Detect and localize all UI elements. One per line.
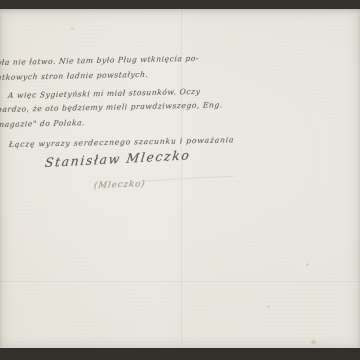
handwriting-line: magazie" do Polaka. [0, 118, 85, 129]
backdrop-bottom [0, 348, 360, 360]
handwriting-line: yła nie łatwo. Nie tam było Pług wtknięc… [0, 54, 199, 67]
handwriting-line: A więc Sygietyński mi miał stosunków. Oc… [8, 87, 201, 100]
photo-stage: yła nie łatwo. Nie tam było Pług wtknięc… [0, 0, 360, 360]
paper-speck [306, 263, 309, 266]
paper-stain [266, 305, 271, 309]
paper-stain [310, 339, 317, 345]
letter-paper: yła nie łatwo. Nie tam było Pług wtknięc… [0, 9, 360, 348]
backdrop-top [0, 0, 360, 9]
handwriting-line: bardzo, że oto będziemy mieli prawdziwsz… [0, 100, 223, 114]
paper-speck [70, 27, 75, 30]
diagonal-crease [140, 176, 235, 182]
closing-line: Łączę wyrazy serdecznego szacunku i powa… [9, 135, 235, 149]
horizontal-fold-crease [0, 281, 360, 282]
handwriting-line: atkowych stron ładnie powstałych. [0, 70, 149, 82]
pencil-annotation: (Mleczko) [93, 179, 146, 191]
signature: Stanisław Mleczko [44, 147, 191, 170]
